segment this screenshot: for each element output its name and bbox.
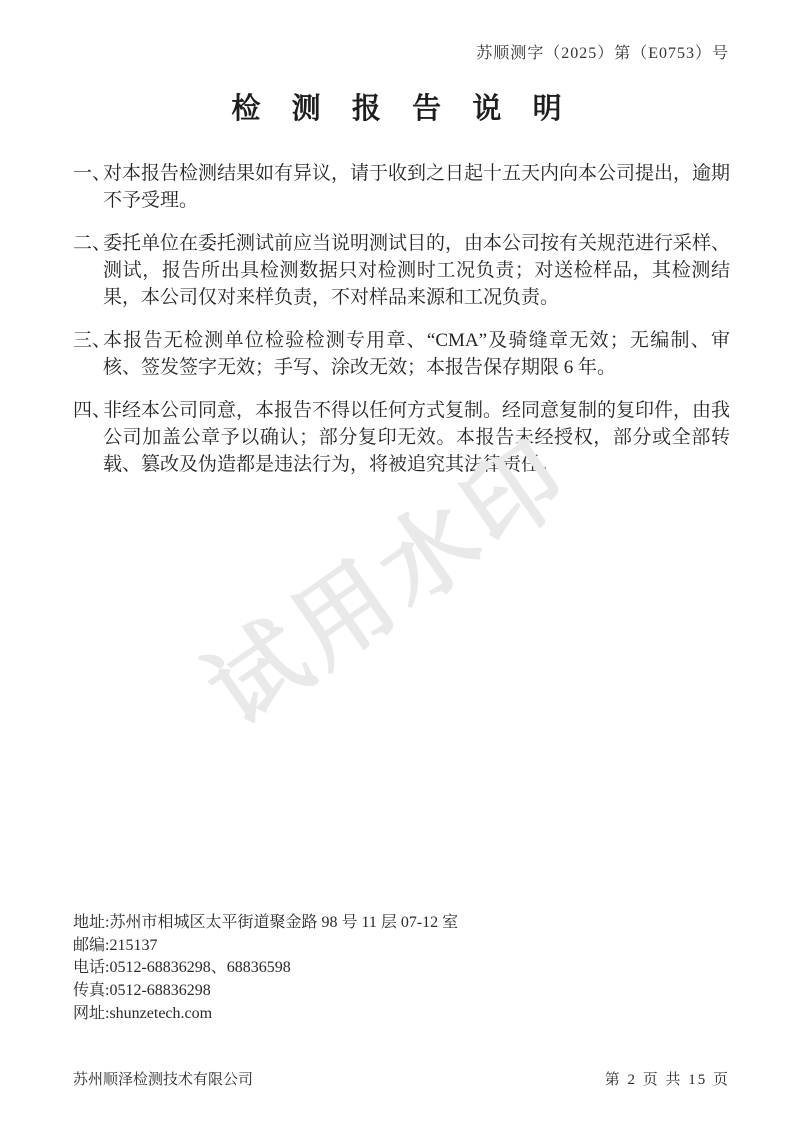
note-text: 本报告无检测单位检验检测专用章、“CMA”及骑缝章无效；无编制、审核、签发签字无…	[103, 330, 730, 378]
note-text: 委托单位在委托测试前应当说明测试目的，由本公司按有关规范进行采样、测试，报告所出…	[103, 233, 730, 308]
page-footer: 苏州顺泽检测技术有限公司 第 2 页 共 15 页	[73, 1068, 730, 1089]
note-text: 非经本公司同意，本报告不得以任何方式复制。经同意复制的复印件，由我公司加盖公章予…	[103, 400, 730, 475]
note-item-3: 三、 本报告无检测单位检验检测专用章、“CMA”及骑缝章无效；无编制、审核、签发…	[73, 327, 730, 381]
note-marker: 四、	[73, 397, 111, 424]
notes-section: 一、 对本报告检测结果如有异议，请于收到之日起十五天内向本公司提出，逾期不予受理…	[73, 160, 730, 494]
contact-block: 地址:苏州市相城区太平街道聚金路 98 号 11 层 07-12 室 邮编:21…	[73, 912, 458, 1026]
contact-website: 网址:shunzetech.com	[73, 1003, 458, 1026]
note-marker: 二、	[73, 230, 111, 257]
contact-fax: 传真:0512-68836298	[73, 980, 458, 1003]
note-text: 对本报告检测结果如有异议，请于收到之日起十五天内向本公司提出，逾期不予受理。	[103, 163, 730, 211]
note-item-2: 二、 委托单位在委托测试前应当说明测试目的，由本公司按有关规范进行采样、测试，报…	[73, 230, 730, 311]
contact-phone: 电话:0512-68836298、68836598	[73, 957, 458, 980]
contact-address: 地址:苏州市相城区太平街道聚金路 98 号 11 层 07-12 室	[73, 912, 458, 935]
note-item-4: 四、 非经本公司同意，本报告不得以任何方式复制。经同意复制的复印件，由我公司加盖…	[73, 397, 730, 478]
page-title: 检 测 报 告 说 明	[0, 86, 793, 127]
note-item-1: 一、 对本报告检测结果如有异议，请于收到之日起十五天内向本公司提出，逾期不予受理…	[73, 160, 730, 214]
contact-postcode: 邮编:215137	[73, 935, 458, 958]
note-marker: 三、	[73, 327, 111, 354]
report-number: 苏顺测字（2025）第（E0753）号	[476, 40, 729, 63]
report-instructions-page: 苏顺测字（2025）第（E0753）号 检 测 报 告 说 明 一、 对本报告检…	[0, 0, 793, 1121]
company-name: 苏州顺泽检测技术有限公司	[73, 1068, 253, 1089]
page-indicator: 第 2 页 共 15 页	[605, 1068, 730, 1089]
note-marker: 一、	[73, 160, 111, 187]
